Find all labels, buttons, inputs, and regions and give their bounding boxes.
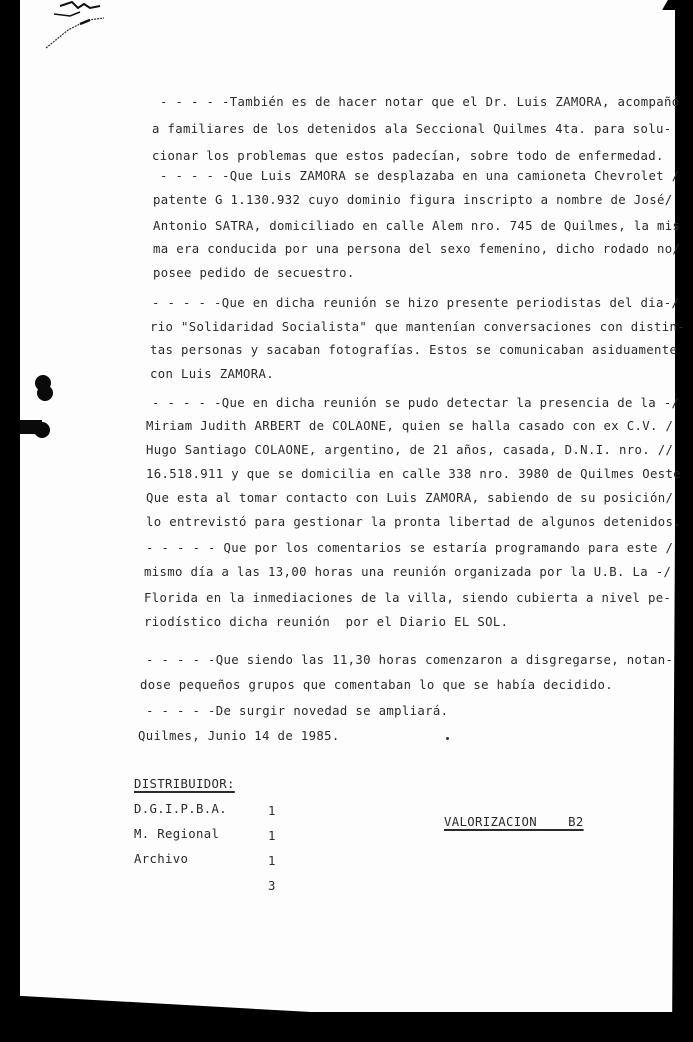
scan-border-left — [0, 0, 20, 1042]
body-line: Florida en la inmediaciones de la villa,… — [144, 592, 671, 604]
body-line: Miriam Judith ARBERT de COLAONE, quien s… — [146, 420, 673, 432]
body-line: Que esta al tomar contacto con Luis ZAMO… — [146, 492, 673, 504]
body-line: posee pedido de secuestro. — [153, 267, 355, 279]
body-line: - - - - -Que en dicha reunión se pudo de… — [152, 397, 679, 409]
valuation-gap — [537, 815, 568, 829]
body-line: - - - - -Que Luis ZAMORA se desplazaba e… — [160, 170, 679, 182]
body-line: rio "Solidaridad Socialista" que mantení… — [150, 321, 685, 333]
distribution-total: 3 — [268, 880, 276, 892]
body-line: con Luis ZAMORA. — [150, 368, 274, 380]
body-line: ma era conducida por una persona del sex… — [153, 243, 680, 255]
body-line: 16.518.911 y que se domicilia en calle 3… — [146, 468, 681, 480]
body-line: Antonio SATRA, domiciliado en calle Alem… — [153, 220, 680, 232]
distribution-copies: 1 — [268, 830, 276, 842]
scan-border-bottom — [0, 1012, 693, 1042]
punch-hole-smear — [20, 420, 42, 434]
distribution-recipient: M. Regional — [134, 828, 219, 840]
body-line: - - - - - Que por los comentarios se est… — [146, 542, 673, 554]
body-line: tas personas y sacaban fotografías. Esto… — [150, 344, 677, 356]
distribution-recipient: Archivo — [134, 853, 188, 865]
body-line: Hugo Santiago COLAONE, argentino, de 21 … — [146, 444, 673, 456]
distribution-copies: 1 — [268, 855, 276, 867]
body-line: dose pequeños grupos que comentaban lo q… — [140, 679, 613, 691]
body-line: lo entrevistó para gestionar la pronta l… — [146, 516, 681, 528]
body-line: - - - - -De surgir novedad se ampliará. — [146, 705, 448, 717]
body-line: patente G 1.130.932 cuyo dominio figura … — [153, 194, 672, 206]
body-line: - - - - -También es de hacer notar que e… — [160, 96, 679, 108]
body-line: riodístico dicha reunión por el Diario E… — [144, 616, 508, 628]
body-line: a familiares de los detenidos ala Seccio… — [152, 123, 671, 135]
body-line: - - - - -Que en dicha reunión se hizo pr… — [152, 297, 679, 309]
body-line: - - - - -Que siendo las 11,30 horas come… — [146, 654, 673, 666]
body-line: cionar los problemas que estos padecían,… — [152, 150, 664, 162]
body-line: mismo día a las 13,00 horas una reunión … — [144, 566, 671, 578]
distribution-recipient: D.G.I.P.B.A. — [134, 803, 227, 815]
date-line: Quilmes, Junio 14 de 1985. — [138, 730, 340, 742]
distribution-copies: 1 — [268, 805, 276, 817]
punch-hole-icon — [37, 385, 53, 401]
distribution-heading: DISTRIBUIDOR: — [134, 778, 235, 790]
ink-speck — [446, 737, 449, 740]
valuation-block: VALORIZACION B2 — [444, 816, 584, 828]
valuation-label: VALORIZACION — [444, 815, 537, 829]
valuation-value: B2 — [568, 815, 584, 829]
handwritten-mark-icon — [40, 0, 120, 50]
